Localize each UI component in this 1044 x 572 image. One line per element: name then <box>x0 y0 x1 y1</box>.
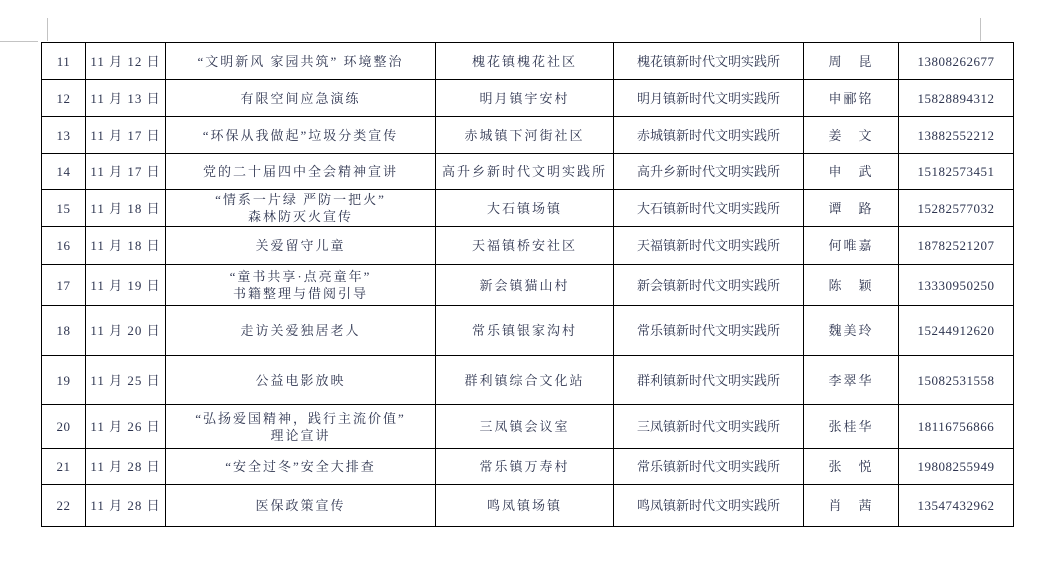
cell-date: 11 月 25 日 <box>86 356 166 405</box>
cell-activity: 关爱留守儿童 <box>166 227 436 265</box>
cell-location: 常乐镇万寿村 <box>436 449 614 485</box>
cell-contact: 张 悦 <box>804 449 899 485</box>
cell-no: 16 <box>42 227 86 265</box>
cell-date: 11 月 13 日 <box>86 80 166 117</box>
cell-organizer: 鸣凤镇新时代文明实践所 <box>614 485 804 527</box>
document-page: 1111 月 12 日“文明新风 家园共筑” 环境整治槐花镇槐花社区槐花镇新时代… <box>0 0 1044 572</box>
table-row: 1911 月 25 日公益电影放映群利镇综合文化站群利镇新时代文明实践所李翠华1… <box>42 356 1014 405</box>
cell-no: 11 <box>42 43 86 80</box>
cell-activity: 医保政策宣传 <box>166 485 436 527</box>
text-boundary-mark-left-vertical <box>47 18 48 41</box>
cell-phone: 13330950250 <box>899 265 1014 306</box>
table-row: 1411 月 17 日党的二十届四中全会精神宣讲高升乡新时代文明实践所高升乡新时… <box>42 154 1014 190</box>
cell-organizer: 明月镇新时代文明实践所 <box>614 80 804 117</box>
cell-contact: 谭 路 <box>804 190 899 227</box>
cell-contact: 申郦铭 <box>804 80 899 117</box>
table-row: 1111 月 12 日“文明新风 家园共筑” 环境整治槐花镇槐花社区槐花镇新时代… <box>42 43 1014 80</box>
cell-location: 鸣凤镇场镇 <box>436 485 614 527</box>
cell-organizer: 高升乡新时代文明实践所 <box>614 154 804 190</box>
cell-phone: 15082531558 <box>899 356 1014 405</box>
table-row: 1511 月 18 日“情系一片绿 严防一把火” 森林防灭火宣传大石镇场镇大石镇… <box>42 190 1014 227</box>
table-row: 1711 月 19 日“童书共享·点亮童年” 书籍整理与借阅引导新会镇猫山村新会… <box>42 265 1014 306</box>
cell-organizer: 天福镇新时代文明实践所 <box>614 227 804 265</box>
cell-no: 19 <box>42 356 86 405</box>
cell-activity: “童书共享·点亮童年” 书籍整理与借阅引导 <box>166 265 436 306</box>
table-body: 1111 月 12 日“文明新风 家园共筑” 环境整治槐花镇槐花社区槐花镇新时代… <box>42 43 1014 527</box>
cell-phone: 15182573451 <box>899 154 1014 190</box>
cell-organizer: 常乐镇新时代文明实践所 <box>614 306 804 356</box>
cell-phone: 15828894312 <box>899 80 1014 117</box>
cell-date: 11 月 17 日 <box>86 154 166 190</box>
cell-organizer: 三凤镇新时代文明实践所 <box>614 405 804 449</box>
cell-location: 高升乡新时代文明实践所 <box>436 154 614 190</box>
text-boundary-mark-left-horizontal <box>0 41 38 42</box>
cell-phone: 13808262677 <box>899 43 1014 80</box>
cell-contact: 张桂华 <box>804 405 899 449</box>
cell-phone: 19808255949 <box>899 449 1014 485</box>
cell-location: 天福镇桥安社区 <box>436 227 614 265</box>
table-row: 1811 月 20 日走访关爱独居老人常乐镇银家沟村常乐镇新时代文明实践所魏美玲… <box>42 306 1014 356</box>
cell-location: 三凤镇会议室 <box>436 405 614 449</box>
cell-contact: 何唯嘉 <box>804 227 899 265</box>
cell-activity: “环保从我做起”垃圾分类宣传 <box>166 117 436 154</box>
cell-activity: “情系一片绿 严防一把火” 森林防灭火宣传 <box>166 190 436 227</box>
cell-no: 20 <box>42 405 86 449</box>
cell-contact: 李翠华 <box>804 356 899 405</box>
cell-no: 13 <box>42 117 86 154</box>
cell-phone: 13882552212 <box>899 117 1014 154</box>
cell-date: 11 月 28 日 <box>86 485 166 527</box>
table-row: 2111 月 28 日“安全过冬”安全大排查常乐镇万寿村常乐镇新时代文明实践所张… <box>42 449 1014 485</box>
cell-contact: 姜 文 <box>804 117 899 154</box>
cell-location: 大石镇场镇 <box>436 190 614 227</box>
cell-organizer: 群利镇新时代文明实践所 <box>614 356 804 405</box>
cell-contact: 肖 茜 <box>804 485 899 527</box>
cell-activity: “文明新风 家园共筑” 环境整治 <box>166 43 436 80</box>
cell-contact: 周 昆 <box>804 43 899 80</box>
civilization-practice-activity-table: 1111 月 12 日“文明新风 家园共筑” 环境整治槐花镇槐花社区槐花镇新时代… <box>41 42 1014 527</box>
cell-activity: 党的二十届四中全会精神宣讲 <box>166 154 436 190</box>
cell-organizer: 槐花镇新时代文明实践所 <box>614 43 804 80</box>
cell-organizer: 常乐镇新时代文明实践所 <box>614 449 804 485</box>
cell-no: 18 <box>42 306 86 356</box>
cell-date: 11 月 26 日 <box>86 405 166 449</box>
cell-no: 14 <box>42 154 86 190</box>
cell-phone: 18782521207 <box>899 227 1014 265</box>
cell-phone: 18116756866 <box>899 405 1014 449</box>
cell-organizer: 赤城镇新时代文明实践所 <box>614 117 804 154</box>
cell-no: 17 <box>42 265 86 306</box>
cell-no: 22 <box>42 485 86 527</box>
cell-location: 群利镇综合文化站 <box>436 356 614 405</box>
cell-contact: 魏美玲 <box>804 306 899 356</box>
cell-activity: 公益电影放映 <box>166 356 436 405</box>
cell-activity: “弘扬爱国精神，践行主流价值” 理论宣讲 <box>166 405 436 449</box>
table-row: 1311 月 17 日“环保从我做起”垃圾分类宣传赤城镇下河街社区赤城镇新时代文… <box>42 117 1014 154</box>
cell-location: 常乐镇银家沟村 <box>436 306 614 356</box>
cell-location: 槐花镇槐花社区 <box>436 43 614 80</box>
text-boundary-mark-right-vertical <box>980 18 981 41</box>
cell-activity: 走访关爱独居老人 <box>166 306 436 356</box>
table-row: 1211 月 13 日有限空间应急演练明月镇宇安村明月镇新时代文明实践所申郦铭1… <box>42 80 1014 117</box>
cell-no: 21 <box>42 449 86 485</box>
cell-date: 11 月 20 日 <box>86 306 166 356</box>
cell-date: 11 月 17 日 <box>86 117 166 154</box>
table-row: 1611 月 18 日关爱留守儿童天福镇桥安社区天福镇新时代文明实践所何唯嘉18… <box>42 227 1014 265</box>
cell-activity: “安全过冬”安全大排查 <box>166 449 436 485</box>
table-row: 2211 月 28 日医保政策宣传鸣凤镇场镇鸣凤镇新时代文明实践所肖 茜1354… <box>42 485 1014 527</box>
cell-no: 12 <box>42 80 86 117</box>
cell-location: 新会镇猫山村 <box>436 265 614 306</box>
cell-location: 明月镇宇安村 <box>436 80 614 117</box>
cell-phone: 15244912620 <box>899 306 1014 356</box>
cell-date: 11 月 18 日 <box>86 227 166 265</box>
cell-date: 11 月 28 日 <box>86 449 166 485</box>
cell-location: 赤城镇下河街社区 <box>436 117 614 154</box>
cell-phone: 13547432962 <box>899 485 1014 527</box>
cell-contact: 申 武 <box>804 154 899 190</box>
cell-date: 11 月 12 日 <box>86 43 166 80</box>
cell-organizer: 大石镇新时代文明实践所 <box>614 190 804 227</box>
cell-phone: 15282577032 <box>899 190 1014 227</box>
cell-no: 15 <box>42 190 86 227</box>
cell-activity: 有限空间应急演练 <box>166 80 436 117</box>
cell-date: 11 月 18 日 <box>86 190 166 227</box>
cell-organizer: 新会镇新时代文明实践所 <box>614 265 804 306</box>
cell-date: 11 月 19 日 <box>86 265 166 306</box>
cell-contact: 陈 颖 <box>804 265 899 306</box>
table-row: 2011 月 26 日“弘扬爱国精神，践行主流价值” 理论宣讲三凤镇会议室三凤镇… <box>42 405 1014 449</box>
